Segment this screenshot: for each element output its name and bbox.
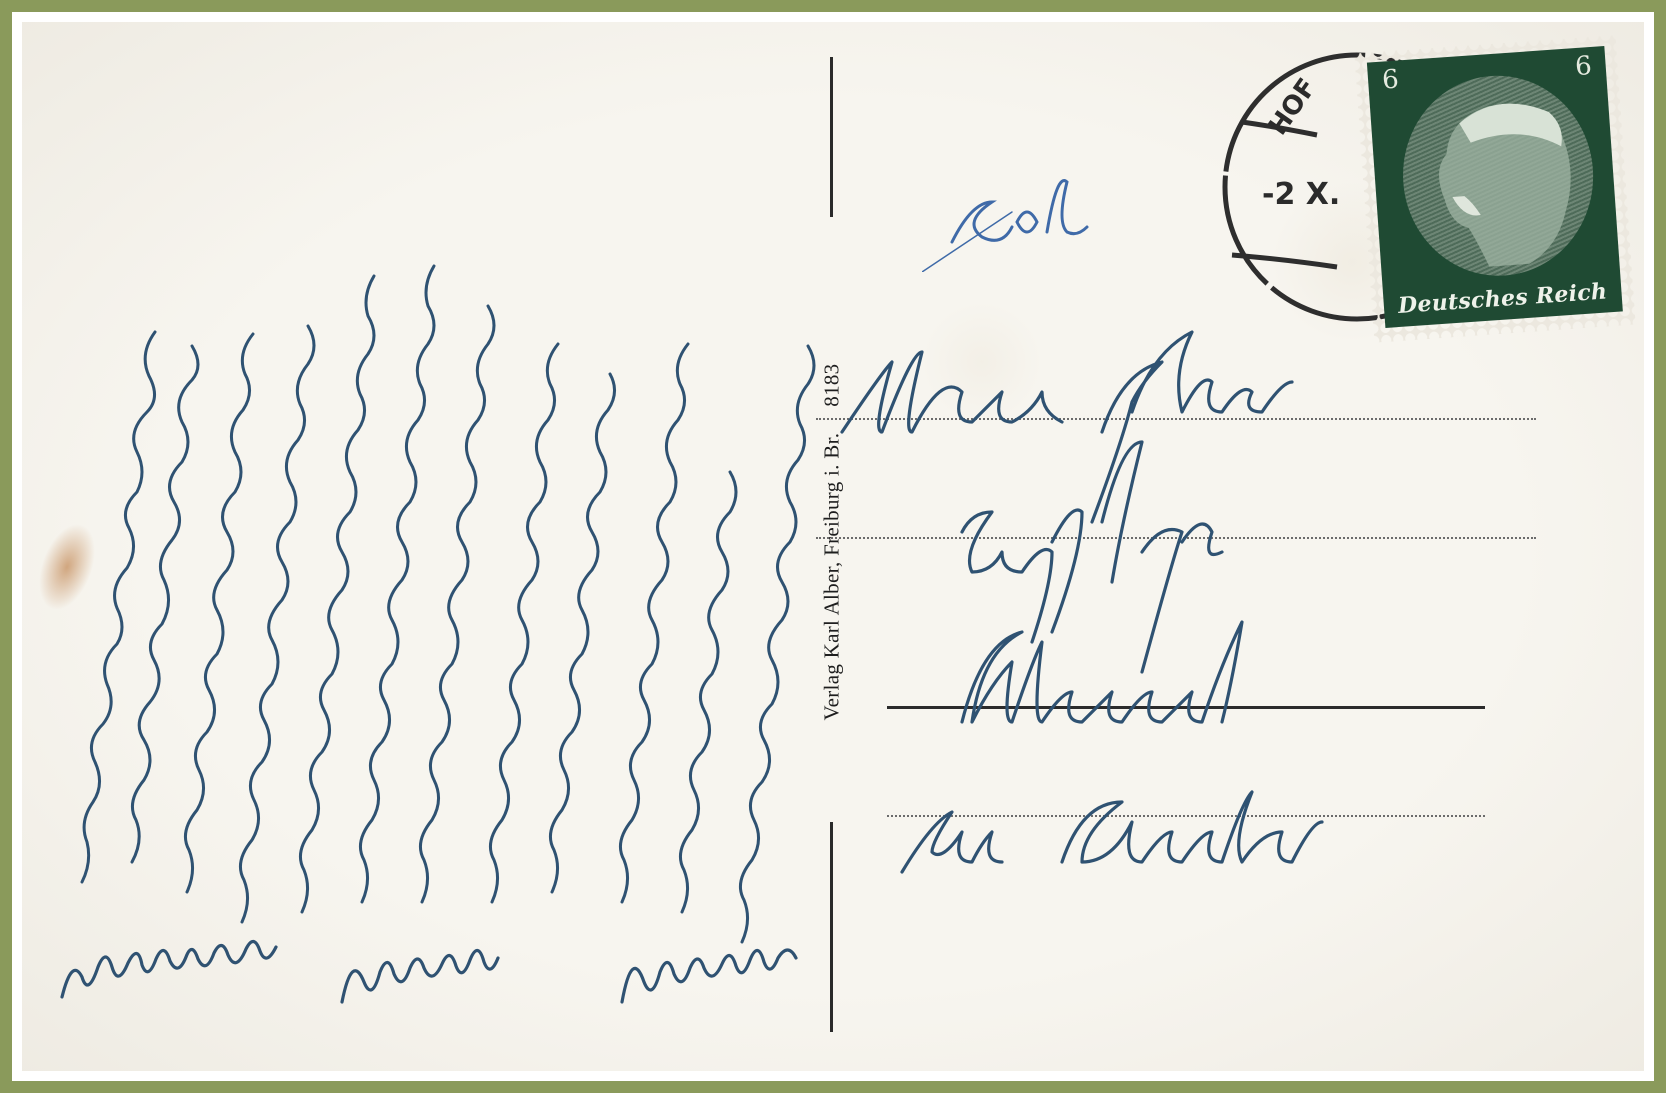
- stamp-face: 6 6 Deutsches Reich: [1367, 46, 1623, 328]
- center-divider-top: [830, 57, 833, 217]
- postmark-date: -2 X.: [1262, 177, 1340, 212]
- postcard: Verlag Karl Alber, Freiburg i. Br.8183 H…: [22, 22, 1644, 1071]
- handwritten-message: [22, 22, 822, 1071]
- stamp-country: Deutsches Reich: [1383, 277, 1622, 320]
- postage-stamp: 6 6 Deutsches Reich: [1354, 35, 1636, 343]
- portrait-medallion-icon: [1396, 69, 1599, 282]
- portrait-profile-icon: [1396, 69, 1599, 282]
- stamp-value-right: 6: [1574, 51, 1593, 82]
- handwritten-address: [802, 322, 1602, 922]
- stamp-value-left: 6: [1381, 64, 1400, 95]
- pencil-note: [922, 162, 1102, 272]
